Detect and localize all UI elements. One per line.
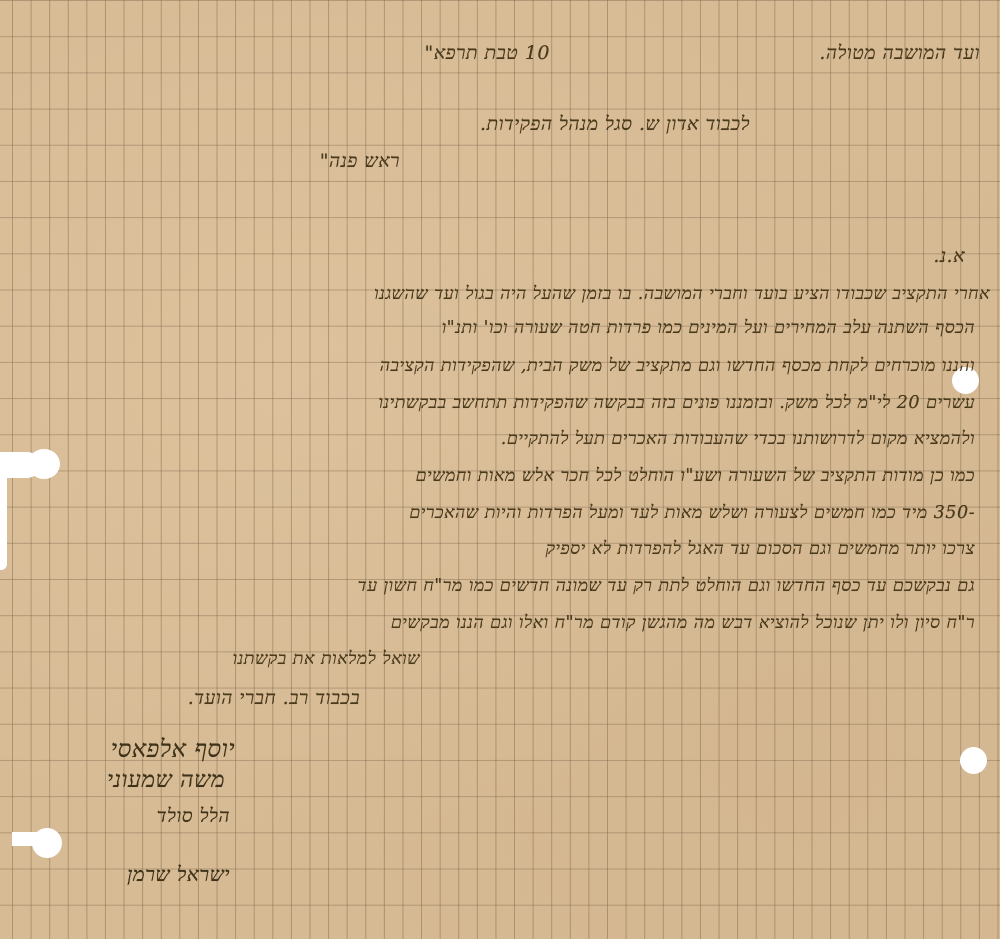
body-line: צרכו יותר מחמשים וגם הסכום עד האגל להפרד…: [546, 538, 975, 559]
signature: משה שמעוני: [107, 767, 225, 793]
body-line: עשרים 20 לי"מ לכל משק. ובזמננו פונים בזה…: [378, 392, 975, 413]
addressee-location: ראש פנה": [320, 150, 400, 173]
body-line: והננו מוכרחים לקחת מכסף החדשו וגם מתקציב…: [380, 355, 975, 376]
punch-hole-left-lower: [32, 828, 62, 858]
body-line: ולהמציא מקום לדרושותנו בכדי שהעבודות האכ…: [501, 428, 975, 449]
body-line: שואל למלאות את בקשתנו: [233, 648, 420, 669]
punch-hole-left-upper: [28, 449, 60, 479]
body-line: הכסף השתנה עלב המחירים ועל המינים כמו פר…: [442, 317, 975, 338]
body-line: גם נבקשכם עד כסף החדשו וגם הוחלט לתת רק …: [358, 575, 975, 596]
signature: יוסף אלפאסי: [111, 735, 235, 764]
punch-hole-right-lower: [960, 747, 987, 774]
closing: בכבוד רב. חברי הועד.: [188, 687, 360, 710]
body-line: כמו כן מודות התקציב של השעורה ושע"ו הוחל…: [416, 465, 975, 486]
body-line: אחרי התקציב שכבודו הציע בועד וחברי המושב…: [374, 283, 990, 304]
sender-heading: ועד המושבה מטולה.: [819, 42, 980, 65]
letter-date: 10 טבת תרפא": [424, 42, 550, 65]
body-line: ר"ח סיון ולו יתן שנוכל להוציא דבש מה מהג…: [391, 612, 975, 633]
signature: ישראל שרמן: [127, 862, 230, 887]
body-line: -350 מיד כמו חמשים לצעורה ושלש מאות לעד …: [409, 502, 975, 523]
addressee: לכבוד אדון ש. סגל מנהל הפקידות.: [480, 113, 750, 136]
salutation: א.נ.: [933, 245, 965, 268]
torn-left-edge: [0, 470, 7, 570]
signature: הלל סולד: [157, 805, 230, 828]
